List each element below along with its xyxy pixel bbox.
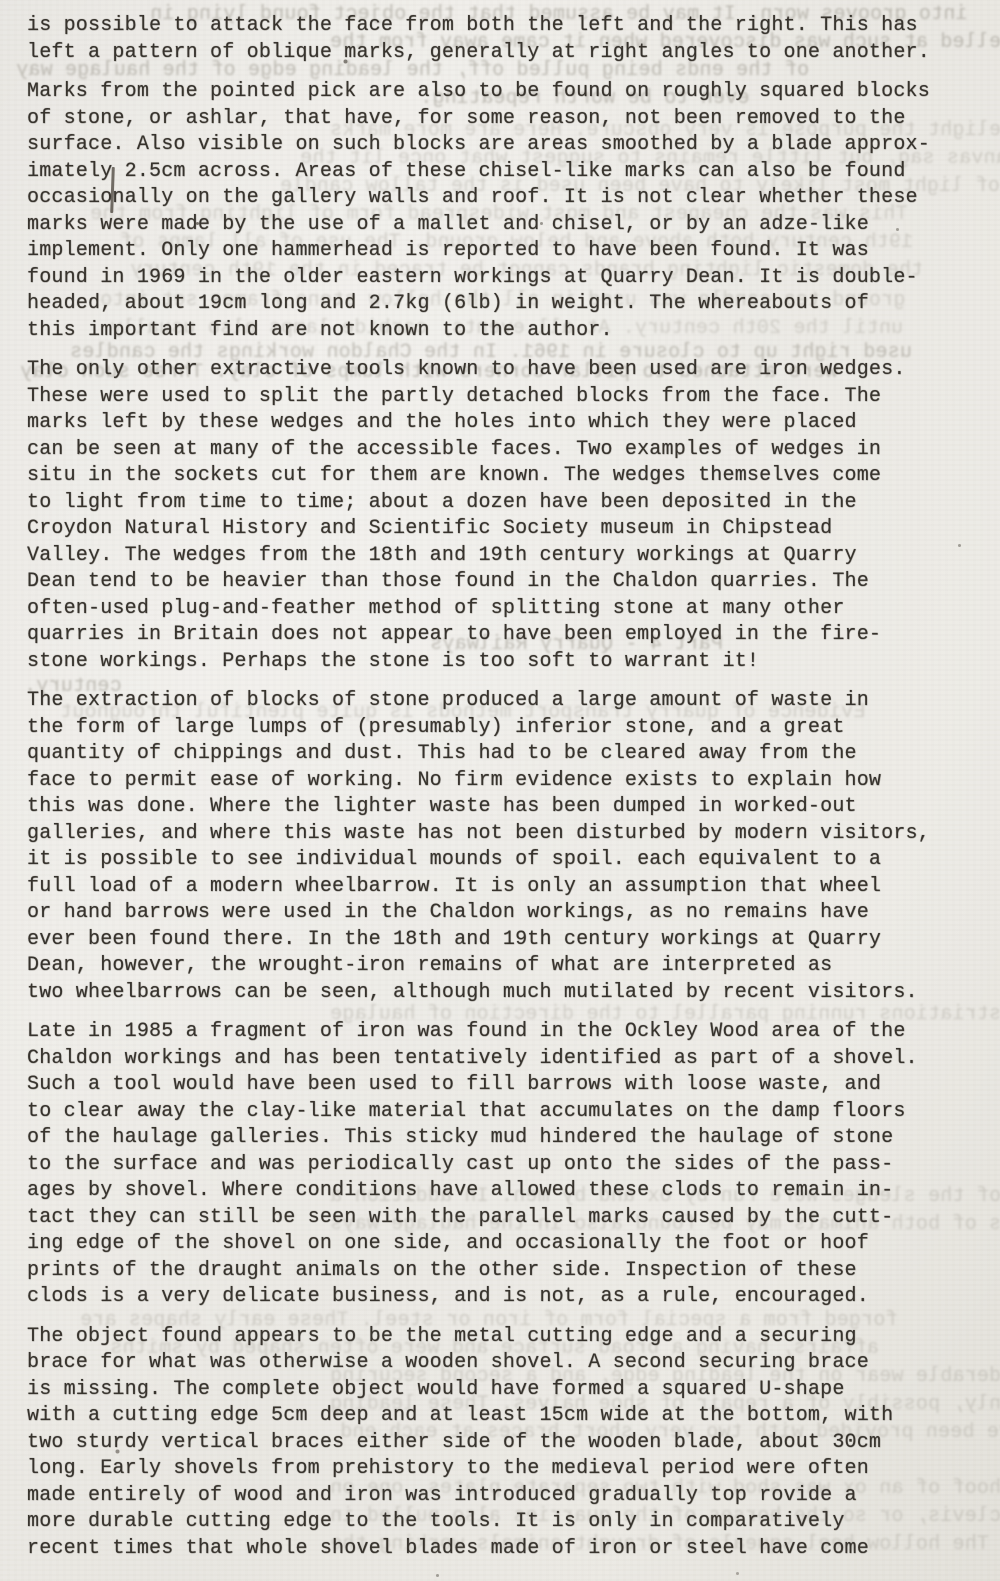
- text-line: marks were made by the use of a mallet a…: [27, 212, 979, 239]
- paragraph: The object found appears to be the metal…: [27, 1324, 979, 1563]
- text-line: prints of the draught animals on the oth…: [27, 1258, 979, 1285]
- text-line: The extraction of blocks of stone produc…: [27, 688, 979, 715]
- typewritten-text: is possible to attack the face from both…: [27, 13, 979, 1575]
- paragraph: The extraction of blocks of stone produc…: [27, 688, 979, 1006]
- text-line: two wheelbarrows can be seen, although m…: [27, 980, 979, 1007]
- text-line: ever been found there. In the 18th and 1…: [27, 927, 979, 954]
- text-line: Dean, however, the wrought-iron remains …: [27, 953, 979, 980]
- text-line: quantity of chippings and dust. This had…: [27, 741, 979, 768]
- paragraph: is possible to attack the face from both…: [27, 13, 979, 66]
- text-line: this important find are not known to the…: [27, 318, 979, 345]
- text-line: ing edge of the shovel on one side, and …: [27, 1231, 979, 1258]
- text-line: more durable cutting edge to the tools. …: [27, 1509, 979, 1536]
- text-line: stone workings. Perhaps the stone is too…: [27, 649, 979, 676]
- text-line: situ in the sockets cut for them are kno…: [27, 463, 979, 490]
- text-line: full load of a modern wheelbarrow. It is…: [27, 874, 979, 901]
- text-line: found in 1969 in the older eastern worki…: [27, 265, 979, 292]
- text-line: is possible to attack the face from both…: [27, 13, 979, 40]
- text-line: this was done. Where the lighter waste h…: [27, 794, 979, 821]
- text-line: often-used plug-and-feather method of sp…: [27, 596, 979, 623]
- text-line: occasionally on the gallery walls and ro…: [27, 185, 979, 212]
- text-line: These were used to split the partly deta…: [27, 384, 979, 411]
- text-line: is missing. The complete object would ha…: [27, 1377, 979, 1404]
- paragraph: Marks from the pointed pick are also to …: [27, 79, 979, 344]
- text-line: of stone, or ashlar, that have, for some…: [27, 106, 979, 133]
- text-line: The only other extractive tools known to…: [27, 357, 979, 384]
- text-line: with a cutting edge 5cm deep and at leas…: [27, 1403, 979, 1430]
- text-line: made entirely of wood and iron was intro…: [27, 1483, 979, 1510]
- paragraph: Late in 1985 a fragment of iron was foun…: [27, 1019, 979, 1311]
- text-line: clods is a very delicate business, and i…: [27, 1284, 979, 1311]
- text-line: Chaldon workings and has been tentativel…: [27, 1046, 979, 1073]
- text-line: Marks from the pointed pick are also to …: [27, 79, 979, 106]
- text-line: to light from time to time; about a doze…: [27, 490, 979, 517]
- text-line: implement. Only one hammerhead is report…: [27, 238, 979, 265]
- text-line: imately 2.5cm across. Areas of these chi…: [27, 159, 979, 186]
- text-line: tact they can still be seen with the par…: [27, 1205, 979, 1232]
- text-line: quarries in Britain does not appear to h…: [27, 622, 979, 649]
- text-line: brace for what was otherwise a wooden sh…: [27, 1350, 979, 1377]
- text-line: left a pattern of oblique marks, general…: [27, 40, 979, 67]
- text-line: Dean tend to be heavier than those found…: [27, 569, 979, 596]
- text-line: Such a tool would have been used to fill…: [27, 1072, 979, 1099]
- text-line: of the haulage galleries. This sticky mu…: [27, 1125, 979, 1152]
- text-line: marks left by these wedges and the holes…: [27, 410, 979, 437]
- text-line: can be seen at many of the accessible fa…: [27, 437, 979, 464]
- text-line: ages by shovel. Where conditions have al…: [27, 1178, 979, 1205]
- text-line: surface. Also visible on such blocks are…: [27, 132, 979, 159]
- text-line: Valley. The wedges from the 18th and 19t…: [27, 543, 979, 570]
- scanned-document-page: into grooves worn. It may be assumed tha…: [0, 0, 1000, 1581]
- text-line: The object found appears to be the metal…: [27, 1324, 979, 1351]
- text-line: Late in 1985 a fragment of iron was foun…: [27, 1019, 979, 1046]
- text-line: to clear away the clay-like material tha…: [27, 1099, 979, 1126]
- text-line: recent times that whole shovel blades ma…: [27, 1536, 979, 1563]
- text-line: or hand barrows were used in the Chaldon…: [27, 900, 979, 927]
- paragraph: The only other extractive tools known to…: [27, 357, 979, 675]
- text-line: galleries, and where this waste has not …: [27, 821, 979, 848]
- text-line: to the surface and was periodically cast…: [27, 1152, 979, 1179]
- text-line: Croydon Natural History and Scientific S…: [27, 516, 979, 543]
- text-line: face to permit ease of working. No firm …: [27, 768, 979, 795]
- text-line: long. Early shovels from prehistory to t…: [27, 1456, 979, 1483]
- text-line: headed, about 19cm long and 2.7kg (6lb) …: [27, 291, 979, 318]
- text-line: the form of large lumps of (presumably) …: [27, 715, 979, 742]
- text-line: two sturdy vertical braces either side o…: [27, 1430, 979, 1457]
- text-line: it is possible to see individual mounds …: [27, 847, 979, 874]
